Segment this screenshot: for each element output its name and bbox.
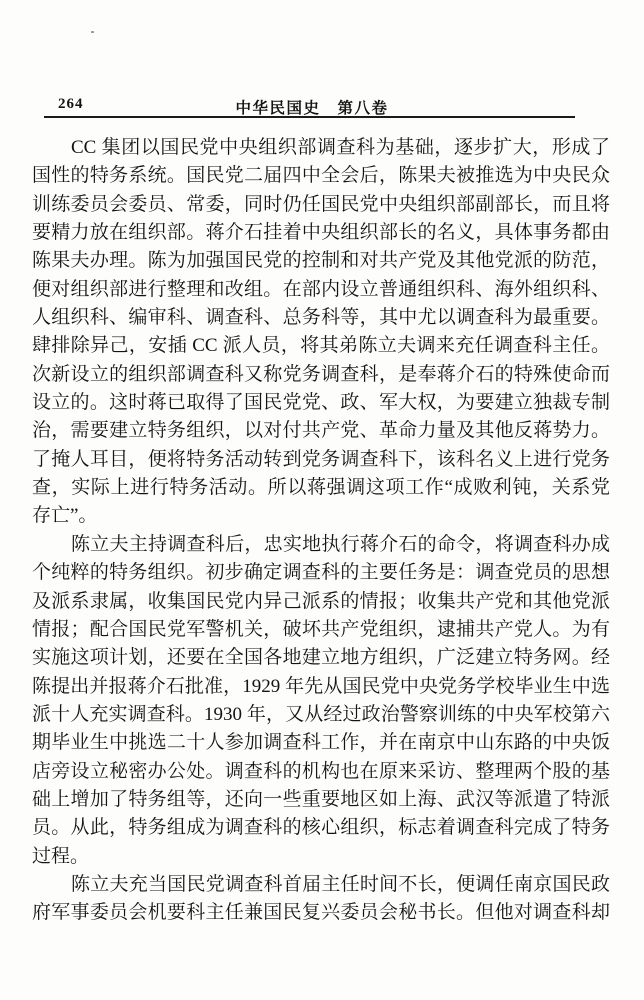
text-line: 过程。 [32,843,610,871]
text-line: 便对组织部进行整理和改组。在部内设立普通组织科、海外组织科、军 [32,276,610,304]
text-line: 陈立夫主持调查科后，忠实地执行蒋介石的命令，将调查科办成一 [32,531,610,559]
text-line: 要精力放在组织部。蒋介石挂着中央组织部长的名义，具体事务都由 [32,219,610,247]
text-line: 存亡”。 [32,502,610,530]
text-line: 人组织科、编审科、调查科、总务科等，其中尤以调查科为最重要。他大 [32,304,610,332]
text-line: 实施这项计划，还要在全国各地建立地方组织，广泛建立特务网。经二 [32,644,610,672]
text-line: 陈提出并报蒋介石批准，1929 年先从国民党中央党务学校毕业生中选 [32,673,610,701]
text-line: 国性的特务系统。国民党二届四中全会后，陈果夫被推选为中央民众 [32,162,610,190]
text-line: 陈果夫办理。陈为加强国民党的控制和对共产党及其他党派的防范， [32,247,610,275]
text-line: 陈立夫充当国民党调查科首届主任时间不长，便调任南京国民政 [32,871,610,899]
text-line: 期毕业生中挑选二十人参加调查科工作，并在南京中山东路的中央饭 [32,729,610,757]
text-line: 情报；配合国民党军警机关，破坏共产党组织，逮捕共产党人。为有效 [32,616,610,644]
running-header-title: 中华民国史 第八卷 [0,96,624,118]
text-line: CC 集团以国民党中央组织部调查科为基础，逐步扩大，形成了全 [32,134,610,162]
text-line: 员。从此，特务组成为调查科的核心组织，标志着调查科完成了特务化 [32,814,610,842]
text-line: 肆排除异己，安插 CC 派人员，将其弟陈立夫调来充任调查科主任。这 [32,332,610,360]
body-text: CC 集团以国民党中央组织部调查科为基础，逐步扩大，形成了全 国性的特务系统。国… [32,134,610,928]
text-line: 府军事委员会机要科主任兼国民复兴委员会秘书长。但他对调查科却 [32,899,610,927]
text-line: 治，需要建立特务组织，以对付共产党、革命力量及其他反蒋势力。为 [32,417,610,445]
book-page: 264 中华民国史 第八卷 CC 集团以国民党中央组织部调查科为基础，逐步扩大，… [0,0,644,1000]
scan-speck [91,31,94,33]
text-line: 及派系隶属，收集国民党内异己派系的情报；收集共产党和其他党派的 [32,588,610,616]
text-line: 个纯粹的特务组织。初步确定调查科的主要任务是：调查党员的思想 [32,559,610,587]
header-rule [44,116,575,118]
text-line: 店旁设立秘密办公处。调查科的机构也在原来采访、整理两个股的基 [32,758,610,786]
text-line: 础上增加了特务组等，还向一些重要地区如上海、武汉等派遣了特派 [32,786,610,814]
text-line: 派十人充实调查科。1930 年，又从经过政治警察训练的中央军校第六 [32,701,610,729]
text-line: 设立的。这时蒋已取得了国民党党、政、军大权，为要建立独裁专制统 [32,389,610,417]
text-line: 次新设立的组织部调查科又称党务调查科，是奉蒋介石的特殊使命而 [32,361,610,389]
text-line: 了掩人耳目，便将特务活动转到党务调查科下，该科名义上进行党务调 [32,446,610,474]
text-line: 训练委员会委员、常委，同时仍任国民党中央组织部副部长，而且将主 [32,191,610,219]
text-line: 查，实际上进行特务活动。所以蒋强调这项工作“成败利钝，关系党国 [32,474,610,502]
